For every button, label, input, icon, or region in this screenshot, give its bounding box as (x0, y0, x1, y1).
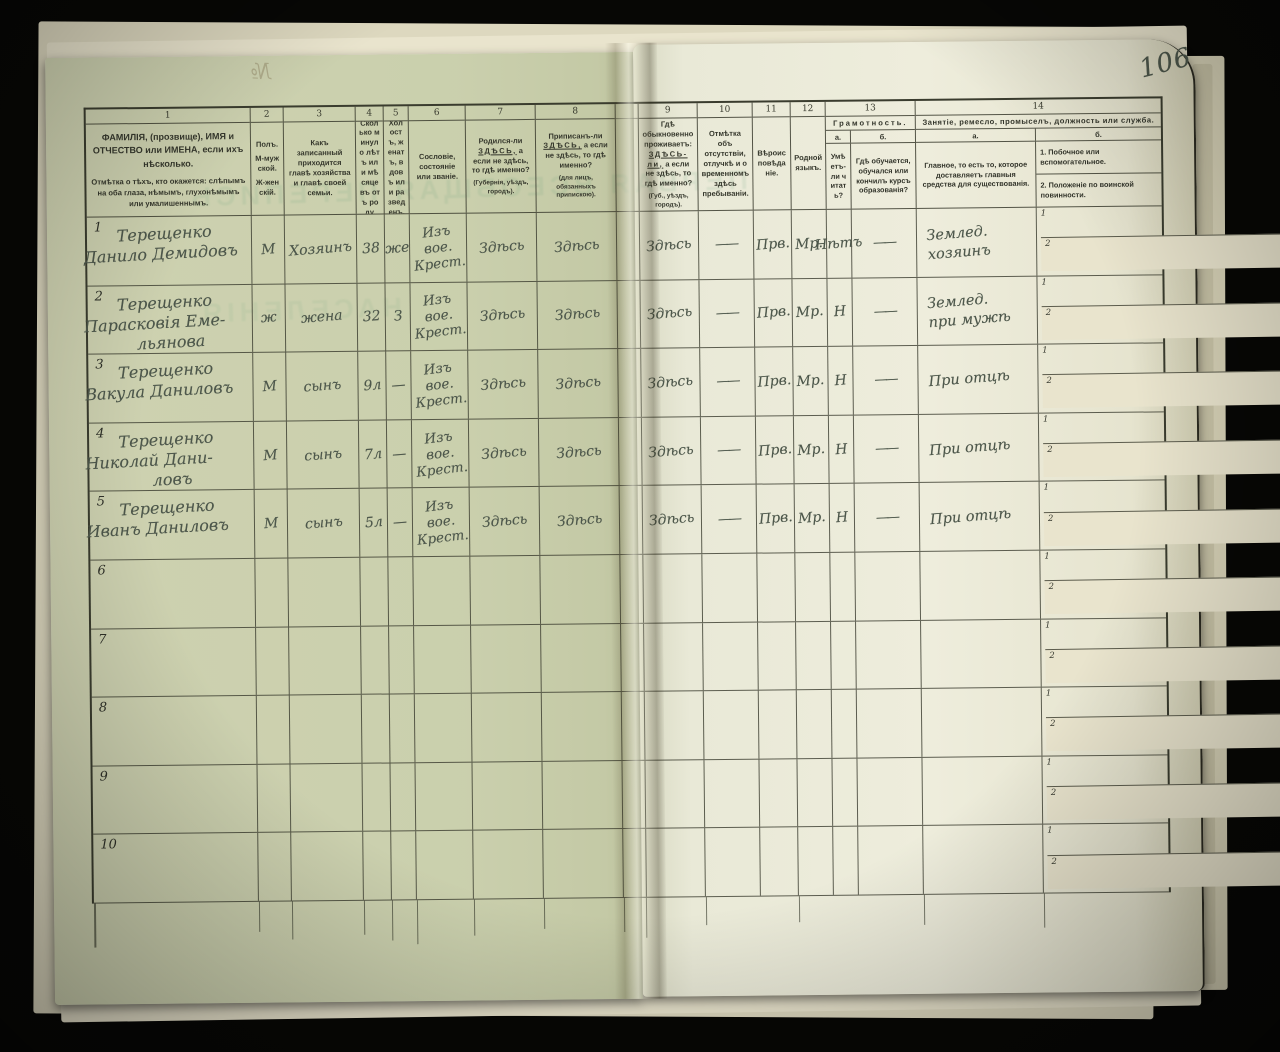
cell-language (798, 827, 834, 895)
cell-residence: Здѣсь (642, 486, 703, 554)
occupation-line-1 (932, 649, 1041, 658)
occupation-line-1 (931, 580, 1040, 589)
cell-registration (542, 692, 623, 760)
cell-name: 5 Терещенко Иванъ Даниловъ (90, 490, 256, 559)
cell-absence (703, 622, 759, 690)
cell-residence: Здѣсь (640, 348, 701, 416)
cell-occupation-side: 1 2 (1041, 618, 1167, 687)
cell-marital (390, 763, 416, 831)
header-literacy-b: Гдѣ обучается, обучался или кончилъ курс… (851, 143, 916, 209)
name-line-2 (87, 631, 255, 640)
header-col-residence: 9 Гдѣ обыкновенно проживаетъ: ЗДѢСЬ-ли, … (638, 103, 699, 211)
cell-literacy-education: —— (854, 415, 920, 483)
cell-absence: —— (702, 485, 758, 553)
cell-language: Мр. (793, 347, 829, 415)
cell-literacy-education (857, 689, 923, 757)
cell-occupation-side: 1 2 (1038, 344, 1164, 413)
cell-absence (705, 828, 761, 896)
cell-marital: — (388, 489, 414, 557)
cell-religion: Прв. (754, 210, 793, 278)
cell-residence: Здѣсь (639, 280, 700, 348)
cell-religion: Прв. (755, 347, 794, 415)
cell-literacy-reads (831, 621, 857, 689)
cell-birthplace: Здѣсь (470, 487, 541, 555)
cell-sex (258, 833, 292, 901)
page-fold-gap (622, 692, 645, 760)
cell-residence (645, 829, 706, 897)
cell-birthplace (472, 762, 543, 830)
name-line-2: Иванъ Даниловъ (86, 514, 255, 543)
cell-language: Мр. (794, 416, 830, 484)
cell-residence (644, 691, 705, 759)
cell-residence (644, 760, 705, 828)
cell-name: 7 (91, 627, 257, 696)
cell-occupation-main: Землед. хозяинъ (917, 208, 1038, 277)
cell-estate: Изъ вое. Крест. (410, 282, 468, 350)
cell-name: 4 Терещенко Николай Дани- ловъ (89, 422, 255, 491)
cell-occupation-side: 1 2 (1037, 275, 1163, 344)
cell-registration: Здѣсь (537, 212, 618, 280)
cell-religion (757, 553, 796, 621)
header-occupation-b-label: б. (1036, 127, 1161, 140)
name-line-3 (91, 631, 255, 640)
name-line-1 (121, 631, 255, 638)
col-number: 12 (791, 102, 825, 117)
col-number: 10 (698, 103, 752, 119)
cell-literacy-reads: Н (827, 278, 853, 346)
cell-residence: Здѣсь (641, 417, 702, 485)
cell-absence: —— (700, 348, 756, 416)
cell-estate: Изъ вое. Крест. (410, 214, 468, 282)
page-fold-gap (617, 280, 640, 348)
occupation-line-1: При отцѣ (928, 365, 1038, 393)
cell-relation (289, 626, 362, 694)
cell-birthplace (471, 624, 542, 692)
header-sex-m: М-мужской. (254, 154, 280, 174)
header-col-birthplace: 7 Родился-ли ЗДѢСЬ, а если не здѣсь, то … (466, 105, 537, 213)
cell-marital (388, 557, 414, 625)
col-number: 13 (826, 101, 915, 117)
page-fold-gap (620, 486, 643, 554)
page-fold-gap (618, 349, 641, 417)
cell-registration (540, 555, 621, 623)
cell-residence (643, 623, 704, 691)
header-occupation-a-label: а. (916, 129, 1036, 142)
table-row: 8 (92, 686, 1168, 766)
cell-relation: Хозяинъ (285, 215, 358, 283)
cell-occupation-main: При отцѣ (918, 345, 1039, 414)
header-col-occupation: 14 Занятіе, ремесло, промыселъ, должност… (916, 98, 1162, 208)
cell-sex (255, 558, 289, 626)
header-sex: Полъ. (254, 140, 280, 150)
cell-language (797, 759, 833, 827)
cell-estate (413, 557, 471, 625)
cell-name: 9 (93, 765, 259, 834)
table-row: 6 (90, 549, 1166, 629)
cell-language: Мр. (795, 484, 831, 552)
cell-birthplace: Здѣсь (467, 213, 538, 281)
table-row: 5 Терещенко Иванъ Даниловъ М сынъ 5л — (90, 481, 1166, 561)
header-col-absence: 10 Отмѣтка объ отсутствіи, отлучкѣ и о в… (698, 103, 754, 211)
cell-absence: —— (699, 279, 755, 347)
cell-absence: —— (699, 211, 755, 279)
col-number: 9 (639, 103, 697, 119)
occupation-line-2 (934, 855, 1043, 864)
cell-birthplace (470, 556, 541, 624)
cell-religion (760, 828, 799, 896)
cell-occupation-main: При отцѣ (919, 413, 1040, 482)
col-number: 7 (466, 105, 535, 121)
name-line-2: Вакула Даниловъ (85, 376, 254, 405)
name-line-2 (89, 768, 257, 777)
cell-absence (702, 554, 758, 622)
cell-marital (391, 832, 417, 900)
page-fold-gap (616, 104, 639, 211)
cell-language (796, 621, 832, 689)
header-age: Сколько минуло лѣтъ или мѣсяцевъ отъ род… (359, 122, 381, 214)
cell-relation: сынъ (288, 489, 361, 557)
cell-relation: сынъ (286, 352, 359, 420)
header-col-literacy: 13 Грамотность. а. б. Умѣетъ-ли читать? … (826, 101, 917, 209)
col-number: 1 (86, 108, 250, 125)
cell-residence (642, 554, 703, 622)
header-occupation-military: 2. Положеніе по воинской повинности. (1036, 172, 1161, 206)
cell-literacy-education: —— (855, 483, 921, 551)
cell-language: Мр. (792, 278, 828, 346)
cell-estate (415, 762, 473, 830)
table-body: 1 Терещенко Данило Демидовъ М Хозяинъ 38… (87, 206, 1169, 903)
header-col-religion: 11 Вѣроисповѣданіе. (753, 102, 792, 209)
cell-occupation-main (922, 756, 1043, 825)
cell-estate (416, 831, 474, 899)
cell-literacy-reads: Н (828, 347, 854, 415)
cell-estate: Изъ вое. Крест. (413, 488, 471, 556)
name-line-3 (93, 768, 257, 777)
census-photo-scene: ПЕРВАЯ ВСЕОБЩАЯ ПЕРЕПИСЬ НАСЕЛЕНІЯ № 106… (0, 0, 1280, 1052)
header-name-note: Отмѣтка о тѣхъ, кто окажется: слѣпымъ на… (89, 176, 247, 210)
header-relation: Какъ записанный приходится главѣ хозяйст… (287, 138, 353, 198)
cell-literacy-reads: Н (830, 484, 856, 552)
name-line-1 (122, 699, 256, 706)
cell-age (362, 695, 391, 763)
header-col-language: 12 Родной языкъ. (791, 102, 827, 209)
cell-marital (389, 626, 415, 694)
name-line-3 (92, 699, 256, 708)
cell-occupation-side: 1 2 (1043, 824, 1169, 893)
cell-language (797, 690, 833, 758)
name-line-1 (124, 837, 258, 844)
header-literacy-title: Грамотность. (826, 116, 915, 131)
cell-literacy-education: —— (853, 346, 919, 414)
cell-religion: Прв. (756, 416, 795, 484)
cell-sex: М (252, 216, 286, 284)
page-fold-gap (622, 761, 645, 829)
header-occupation-side: 1. Побочное или вспомогательное. (1036, 140, 1161, 173)
census-table: 1 ФАМИЛІЯ, (прозвище), ИМЯ и ОТЧЕСТВО ил… (84, 96, 1171, 903)
cell-registration: Здѣсь (540, 486, 621, 554)
occupation-line-1 (933, 786, 1042, 795)
cell-sex (256, 627, 290, 695)
occupation-line-1 (934, 855, 1043, 864)
header-born: Родился-ли (479, 136, 523, 145)
cell-marital: — (386, 351, 412, 419)
header-estate: Сословіе, состояніе или званіе. (412, 152, 462, 182)
cell-occupation-main: При отцѣ (920, 482, 1041, 551)
cell-registration: Здѣсь (538, 349, 619, 417)
header-col-marital: 5 Холостъ, женатъ, вдовъ или разведенъ. (384, 106, 410, 213)
cell-birthplace (473, 830, 544, 898)
occupation-line-1: При отцѣ (929, 434, 1039, 462)
header-literacy-a-label: а. (826, 131, 851, 143)
col-number: 5 (384, 106, 408, 121)
cell-literacy-reads: Нѣтъ (827, 210, 853, 278)
occupation-line-1: При отцѣ (929, 502, 1039, 530)
cell-relation (290, 764, 363, 832)
table-row: 4 Терещенко Николай Дани- ловъ М сынъ 7л… (89, 412, 1165, 492)
cell-occupation-side: 1 2 (1039, 412, 1165, 481)
page-fold-gap (619, 418, 642, 486)
cell-literacy-education (856, 620, 922, 688)
cell-literacy-reads (830, 553, 856, 621)
name-line-2 (87, 562, 255, 571)
table-row: 9 (93, 755, 1169, 835)
cell-estate: Изъ вое. Крест. (412, 419, 470, 487)
cell-absence: —— (701, 416, 757, 484)
occupation-line-2 (932, 649, 1041, 658)
cell-literacy-reads: Н (829, 415, 855, 483)
cell-name: 8 (92, 696, 258, 765)
cell-sex: М (253, 353, 287, 421)
cell-age: 32 (357, 283, 386, 351)
cell-literacy-education (858, 826, 924, 894)
cell-registration (543, 829, 624, 897)
col-number: 8 (536, 104, 615, 120)
occupation-line-2 (932, 717, 1041, 726)
cell-registration (542, 761, 623, 829)
cell-relation (291, 832, 364, 900)
cell-birthplace: Здѣсь (469, 419, 540, 487)
cell-literacy-education (857, 758, 923, 826)
table-row: 1 Терещенко Данило Демидовъ М Хозяинъ 38… (87, 206, 1163, 286)
col-number: 6 (409, 106, 465, 122)
cell-age: 9л (358, 352, 387, 420)
name-line-1 (121, 562, 255, 569)
cell-sex: М (255, 490, 289, 558)
cell-marital: — (387, 420, 413, 488)
header-sex-f: Ж-женскій. (254, 178, 280, 198)
header-religion: Вѣроисповѣданіе. (756, 148, 787, 178)
name-line-3 (94, 837, 258, 846)
bleedthrough-note: № (250, 60, 271, 86)
table-header: 1 ФАМИЛІЯ, (прозвище), ИМЯ и ОТЧЕСТВО ил… (86, 98, 1162, 217)
cell-registration: Здѣсь (539, 418, 620, 486)
cell-religion: Прв. (757, 485, 796, 553)
cell-occupation-side: 1 2 (1040, 481, 1166, 550)
cell-religion (759, 759, 798, 827)
cell-estate (414, 625, 472, 693)
cell-marital: З (385, 283, 411, 351)
header-literacy-b-label: б. (851, 130, 915, 143)
occupation-line-1 (932, 717, 1041, 726)
page-fold-gap (623, 829, 646, 897)
cell-relation (290, 695, 363, 763)
header-col-estate: 6 Сословіе, состояніе или званіе. (409, 106, 467, 214)
name-line-2: Данило Демидовъ (83, 239, 252, 268)
col-number: 3 (284, 107, 355, 123)
cell-relation: жена (285, 283, 358, 351)
cell-age: 7л (359, 420, 388, 488)
cell-literacy-reads (832, 690, 858, 758)
cell-occupation-side: 1 2 (1040, 549, 1166, 618)
cell-literacy-reads (832, 758, 858, 826)
cell-literacy-education: —— (852, 209, 918, 277)
cell-occupation-main: Землед. при мужѣ (917, 276, 1038, 345)
cell-language (795, 553, 831, 621)
cell-age (361, 626, 390, 694)
cell-occupation-main (923, 825, 1044, 894)
name-line-1 (123, 768, 257, 775)
page-fold-gap (621, 623, 644, 691)
cell-absence (704, 691, 760, 759)
header-col-relation: 3 Какъ записанный приходится главѣ хозяй… (284, 107, 357, 215)
cell-birthplace: Здѣсь (467, 281, 538, 349)
cell-marital: же (385, 214, 411, 282)
cell-religion (758, 622, 797, 690)
name-line-2 (88, 699, 256, 708)
cell-age: 38 (357, 214, 386, 282)
cell-registration: Здѣсь (537, 281, 618, 349)
table-row: 7 (91, 618, 1167, 698)
cell-age (362, 763, 391, 831)
cell-occupation-main (922, 688, 1043, 757)
cell-age: 5л (360, 489, 389, 557)
cell-sex: М (254, 421, 288, 489)
header-born-note: (Губернія, уѣздъ, городъ). (469, 179, 532, 197)
cell-absence (704, 759, 760, 827)
cell-sex (257, 696, 291, 764)
cell-occupation-main (920, 551, 1041, 620)
col-number: 2 (251, 108, 283, 123)
header-absence: Отмѣтка объ отсутствіи, отлучкѣ и о врем… (701, 129, 750, 199)
header-col-registration: 8 Приписанъ-ли ЗДѢСЬ, а если не здѣсь, т… (536, 104, 617, 212)
name-line-3 (91, 562, 255, 571)
cell-marital (390, 694, 416, 762)
cell-name: 3 Терещенко Вакула Даниловъ (88, 353, 254, 422)
cell-relation (288, 558, 361, 626)
table-row: 10 (93, 824, 1169, 904)
cell-sex (257, 764, 291, 832)
cell-religion: Прв. (754, 279, 793, 347)
occupation-line-2 (931, 580, 1040, 589)
header-resides-note: (Губ., уѣздъ, городъ). (643, 192, 695, 209)
header-born-here: ЗДѢСЬ, (478, 146, 517, 155)
cell-estate (415, 694, 473, 762)
table-row: 3 Терещенко Вакула Даниловъ М сынъ 9л — (88, 344, 1164, 424)
cell-estate: Изъ вое. Крест. (411, 351, 469, 419)
cell-literacy-reads (833, 827, 859, 895)
header-marital: Холостъ, женатъ, вдовъ или разведенъ. (387, 121, 406, 213)
header-col-age: 4 Сколько минуло лѣтъ или мѣсяцевъ отъ р… (356, 107, 385, 214)
cell-literacy-education (855, 552, 921, 620)
cell-age (363, 832, 392, 900)
header-col-sex: 2 Полъ. М-мужской. Ж-женскій. (251, 108, 285, 215)
cell-birthplace (472, 693, 543, 761)
cell-religion (759, 690, 798, 758)
occupation-line-2 (933, 786, 1042, 795)
header-resides: Гдѣ обыкновенно проживаетъ: (642, 119, 693, 148)
cell-literacy-education: —— (852, 278, 918, 346)
header-name-title: ФАМИЛІЯ, (прозвище), ИМЯ и ОТЧЕСТВО или … (89, 130, 247, 172)
cell-name: 2 Терещенко Парасковія Еме- льянова (87, 284, 253, 353)
cell-occupation-side: 1 2 (1042, 686, 1168, 755)
header-col-name: 1 ФАМИЛІЯ, (прозвище), ИМЯ и ОТЧЕСТВО ил… (86, 108, 252, 217)
header-registered-here: ЗДѢСЬ, (543, 141, 582, 150)
header-literacy-a: Умѣетъ-ли читать? (826, 144, 852, 209)
cell-age (360, 557, 389, 625)
header-registered: Приписанъ-ли (548, 131, 602, 141)
table-row: 2 Терещенко Парасковія Еме- льянова ж же… (87, 275, 1163, 355)
cell-name: 1 Терещенко Данило Демидовъ (87, 216, 253, 285)
header-occupation-main: Главное, то есть то, которое доставляетъ… (916, 142, 1037, 208)
census-book: ПЕРВАЯ ВСЕОБЩАЯ ПЕРЕПИСЬ НАСЕЛЕНІЯ № 106… (45, 34, 1205, 1014)
cell-relation: сынъ (287, 421, 360, 489)
cell-residence: Здѣсь (639, 211, 700, 279)
col-number: 11 (753, 102, 790, 117)
cell-sex: ж (252, 284, 286, 352)
header-registered-note: (для лицъ, обязанныхъ припискою). (539, 174, 612, 200)
cell-name: 10 (93, 833, 259, 902)
page-fold-gap (617, 212, 640, 280)
page-fold-gap (620, 555, 643, 623)
cell-occupation-side: 1 2 (1042, 755, 1168, 824)
cell-occupation-main (921, 619, 1042, 688)
header-language: Родной языкъ. (794, 153, 822, 173)
col-number: 4 (356, 107, 383, 122)
cell-birthplace: Здѣсь (468, 350, 539, 418)
cell-occupation-side: 1 2 (1037, 206, 1163, 275)
cell-name: 6 (90, 559, 256, 628)
cell-registration (541, 624, 622, 692)
